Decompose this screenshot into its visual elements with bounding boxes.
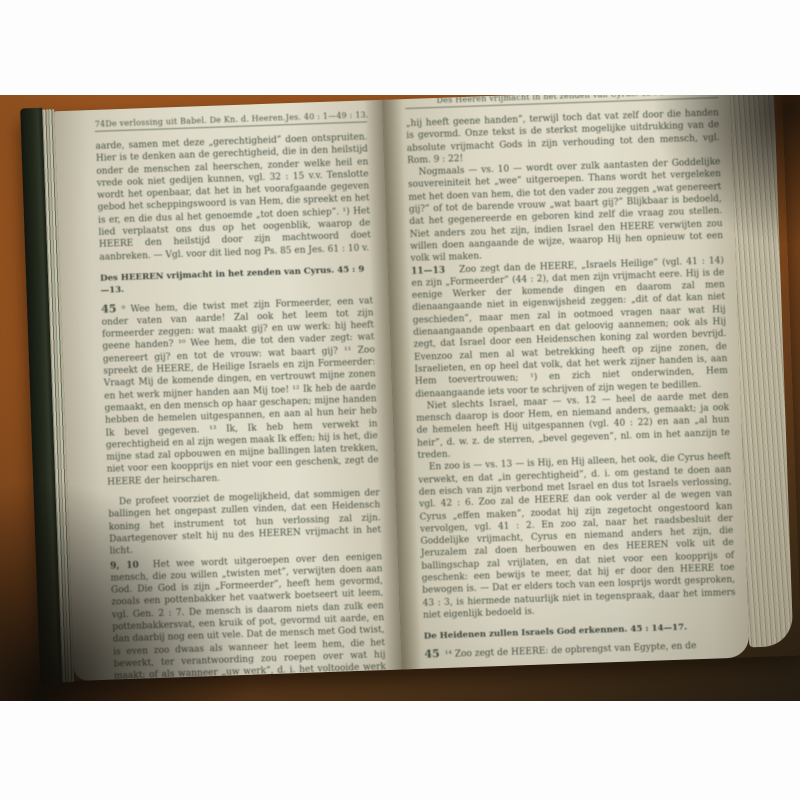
chapter-number: 45 — [101, 302, 117, 316]
left-page: 74 De verlossing uit Babel. De Kn. d. He… — [54, 100, 402, 681]
verse-ref-marker: 9, 10 — [110, 560, 139, 571]
commentary-paragraph: En zoo is — vs. 13 — is Hij, en Hij alle… — [418, 451, 736, 622]
commentary-text: Zoo zegt dan de HEERE, „Israels Heilige”… — [411, 256, 728, 400]
verse-paragraph: 45¹⁴ Zoo zegt de HEERE: de opbrengst van… — [424, 638, 737, 662]
commentary-text: Het wee wordt uitgeroepen over den eenig… — [110, 552, 386, 681]
table-surface: 74 De verlossing uit Babel. De Kn. d. He… — [0, 95, 800, 701]
commentary-paragraph: De profeet voorziet de mogelijkheid, dat… — [108, 487, 382, 558]
commentary-paragraph: 9, 10Het wee wordt uitgeroepen over den … — [110, 551, 387, 681]
verse-text: ¹⁴ Zoo zegt de HEERE: de opbrengst van E… — [445, 642, 697, 661]
right-page: Des Heeren vrijmacht in het zenden van C… — [382, 95, 750, 669]
left-page-content: 74 De verlossing uit Babel. De Kn. d. He… — [54, 100, 402, 681]
left-running-ref: Jes. 40 : 1—49 : 13. — [286, 110, 369, 122]
commentary-paragraph: Niet slechts Israel, maar — vs. 12 — hee… — [416, 390, 731, 462]
chapter-number: 45 — [424, 648, 440, 662]
verse-ref-marker: 11—13 — [411, 265, 445, 276]
open-book: 74 De verlossing uit Babel. De Kn. d. He… — [20, 95, 800, 682]
commentary-paragraph: Nogmaals — vs. 10 — wordt over zulk aant… — [407, 156, 723, 265]
footnote-rule — [425, 668, 543, 669]
footnote: ¹) Over deze beteekenis van het Hebr. we… — [425, 667, 738, 670]
verse-text: ⁹ Wee hem, die twist met zijn Formeerder… — [101, 296, 378, 488]
photo-of-open-book: 74 De verlossing uit Babel. De Kn. d. He… — [0, 0, 800, 800]
commentary-paragraph: 11—13Zoo zegt dan de HEERE, „Israels Hei… — [411, 255, 729, 401]
right-running-head: Des Heeren vrijmacht in het zenden van C… — [405, 95, 718, 106]
paragraph-continuation: aarde, samen met deze „gerechtigheid” do… — [95, 131, 371, 263]
left-page-number: 74 — [95, 120, 106, 129]
section-heading: Des HEEREN vrijmacht in het zenden van C… — [100, 263, 373, 297]
left-running-title: De verlossing uit Babel. De Kn. d. Heere… — [105, 113, 286, 128]
verse-paragraph: 45⁹ Wee hem, die twist met zijn Formeerd… — [101, 294, 379, 489]
right-page-content: Des Heeren vrijmacht in het zenden van C… — [382, 95, 750, 669]
